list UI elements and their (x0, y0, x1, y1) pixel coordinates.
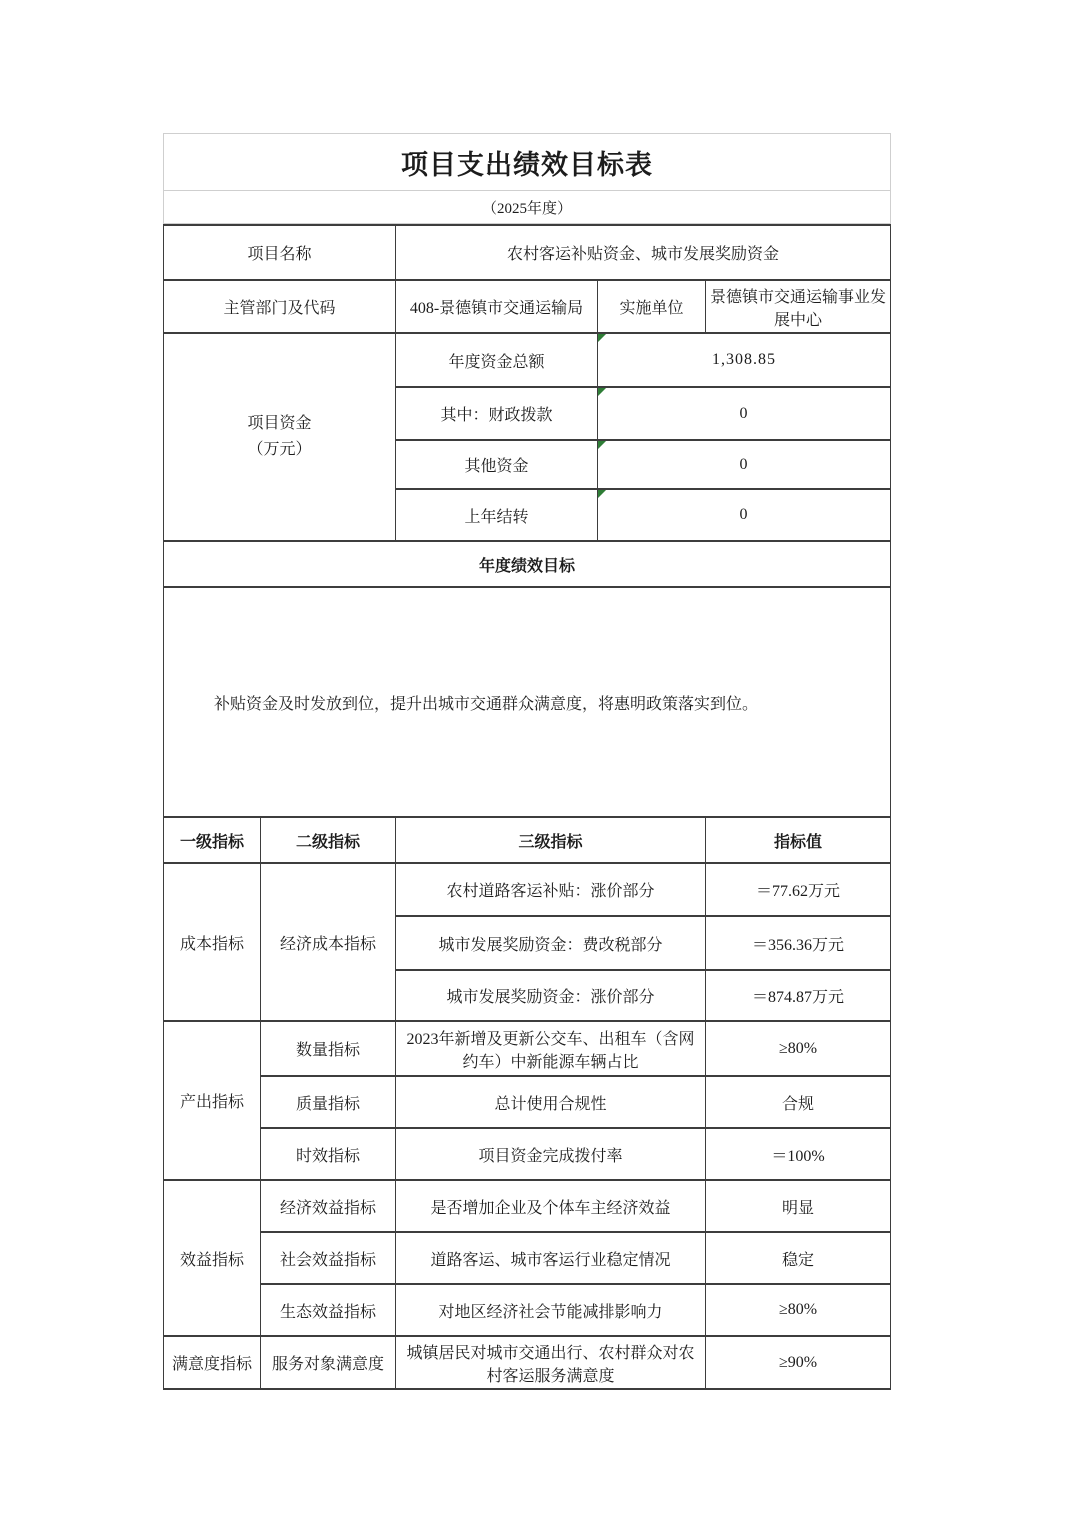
fund-value-text: 0 (740, 456, 749, 473)
indicator-value: 明显 (706, 1180, 891, 1232)
indicator-level1: 产出指标 (164, 1021, 261, 1180)
project-name-label: 项目名称 (164, 225, 396, 280)
indicator-level3: 对地区经济社会节能减排影响力 (396, 1284, 706, 1336)
page-subtitle: （2025年度） (164, 191, 891, 224)
indicator-level3: 道路客运、城市客运行业稳定情况 (396, 1232, 706, 1284)
table-row: 满意度指标 服务对象满意度 城镇居民对城市交通出行、农村群众对农村客运服务满意度… (164, 1336, 891, 1389)
indicator-value: ＝77.62万元 (706, 863, 891, 916)
indicator-level3: 2023年新增及更新公交车、出租车（含网约车）中新能源车辆占比 (396, 1021, 706, 1076)
indicator-level2: 时效指标 (261, 1128, 396, 1180)
annual-goal-header: 年度绩效目标 (164, 541, 891, 587)
excel-error-marker-icon (598, 388, 606, 396)
indicator-value: ≥90% (706, 1336, 891, 1389)
table-row: 社会效益指标 道路客运、城市客运行业稳定情况 稳定 (164, 1232, 891, 1284)
fund-row-label: 其他资金 (396, 440, 598, 489)
fund-row-value: 1,308.85 (598, 333, 891, 387)
table-row: 项目名称 农村客运补贴资金、城市发展奖励资金 (164, 225, 891, 280)
fund-value-text: 1,308.85 (712, 351, 776, 368)
table-row: 时效指标 项目资金完成拨付率 ＝100% (164, 1128, 891, 1180)
excel-error-marker-icon (598, 334, 606, 342)
indicator-value: ≥80% (706, 1021, 891, 1076)
indicator-value: ＝874.87万元 (706, 970, 891, 1021)
indicator-level3: 项目资金完成拨付率 (396, 1128, 706, 1180)
fund-row-value: 0 (598, 440, 891, 489)
indicator-level1: 成本指标 (164, 863, 261, 1021)
indicator-level2: 质量指标 (261, 1076, 396, 1128)
fund-row-value: 0 (598, 387, 891, 440)
indicator-level1: 效益指标 (164, 1180, 261, 1336)
indicator-level2: 数量指标 (261, 1021, 396, 1076)
table-row: 项目资金 （万元） 年度资金总额 1,308.85 (164, 333, 891, 387)
indicator-level3: 是否增加企业及个体车主经济效益 (396, 1180, 706, 1232)
dept-label: 主管部门及代码 (164, 280, 396, 333)
indicator-header-value: 指标值 (706, 817, 891, 863)
table-row: 补贴资金及时发放到位，提升出城市交通群众满意度，将惠明政策落实到位。 (164, 587, 891, 817)
indicator-value: ≥80% (706, 1284, 891, 1336)
indicator-header-level2: 二级指标 (261, 817, 396, 863)
indicator-header-level1: 一级指标 (164, 817, 261, 863)
table-row: 产出指标 数量指标 2023年新增及更新公交车、出租车（含网约车）中新能源车辆占… (164, 1021, 891, 1076)
table-row: 年度绩效目标 (164, 541, 891, 587)
fund-value-text: 0 (740, 506, 749, 523)
fund-row-label: 年度资金总额 (396, 333, 598, 387)
impl-unit-label: 实施单位 (598, 280, 706, 333)
fund-value-text: 0 (740, 405, 749, 422)
table-row: 主管部门及代码 408-景德镇市交通运输局 实施单位 景德镇市交通运输事业发展中… (164, 280, 891, 333)
performance-target-sheet: 项目支出绩效目标表 （2025年度） 项目名称 农村客运补贴资金、城市发展奖励资… (163, 133, 890, 1390)
impl-unit-value: 景德镇市交通运输事业发展中心 (706, 280, 891, 333)
indicator-level3: 城市发展奖励资金：涨价部分 (396, 970, 706, 1021)
fund-row-value: 0 (598, 489, 891, 541)
indicator-level2: 经济效益指标 (261, 1180, 396, 1232)
funds-group-label: 项目资金 （万元） (164, 333, 396, 541)
table-row: 效益指标 经济效益指标 是否增加企业及个体车主经济效益 明显 (164, 1180, 891, 1232)
table-row: 质量指标 总计使用合规性 合规 (164, 1076, 891, 1128)
indicator-value: ＝356.36万元 (706, 916, 891, 970)
indicator-header-level3: 三级指标 (396, 817, 706, 863)
page-title: 项目支出绩效目标表 (164, 134, 891, 191)
indicator-value: 稳定 (706, 1232, 891, 1284)
indicator-value: ＝100% (706, 1128, 891, 1180)
indicator-level2: 生态效益指标 (261, 1284, 396, 1336)
annual-goal-content: 补贴资金及时发放到位，提升出城市交通群众满意度，将惠明政策落实到位。 (164, 587, 891, 817)
document-page: { "page": { "title": "项目支出绩效目标表", "subti… (0, 0, 1074, 1520)
project-name-value: 农村客运补贴资金、城市发展奖励资金 (396, 225, 891, 280)
indicator-level1: 满意度指标 (164, 1336, 261, 1389)
table-row: 生态效益指标 对地区经济社会节能减排影响力 ≥80% (164, 1284, 891, 1336)
excel-error-marker-icon (598, 490, 606, 498)
table-row: 一级指标 二级指标 三级指标 指标值 (164, 817, 891, 863)
dept-value: 408-景德镇市交通运输局 (396, 280, 598, 333)
indicator-value: 合规 (706, 1076, 891, 1128)
indicator-level3: 城市发展奖励资金：费改税部分 (396, 916, 706, 970)
indicator-level2: 社会效益指标 (261, 1232, 396, 1284)
table-row: 成本指标 经济成本指标 农村道路客运补贴：涨价部分 ＝77.62万元 (164, 863, 891, 916)
indicator-level3: 总计使用合规性 (396, 1076, 706, 1128)
indicator-level2: 经济成本指标 (261, 863, 396, 1021)
title-block: 项目支出绩效目标表 （2025年度） (163, 133, 891, 224)
fund-row-label: 其中：财政拨款 (396, 387, 598, 440)
indicator-level2: 服务对象满意度 (261, 1336, 396, 1389)
main-grid-table: 项目名称 农村客运补贴资金、城市发展奖励资金 主管部门及代码 408-景德镇市交… (163, 224, 891, 1390)
indicator-level3: 农村道路客运补贴：涨价部分 (396, 863, 706, 916)
indicator-level3: 城镇居民对城市交通出行、农村群众对农村客运服务满意度 (396, 1336, 706, 1389)
fund-row-label: 上年结转 (396, 489, 598, 541)
excel-error-marker-icon (598, 441, 606, 449)
